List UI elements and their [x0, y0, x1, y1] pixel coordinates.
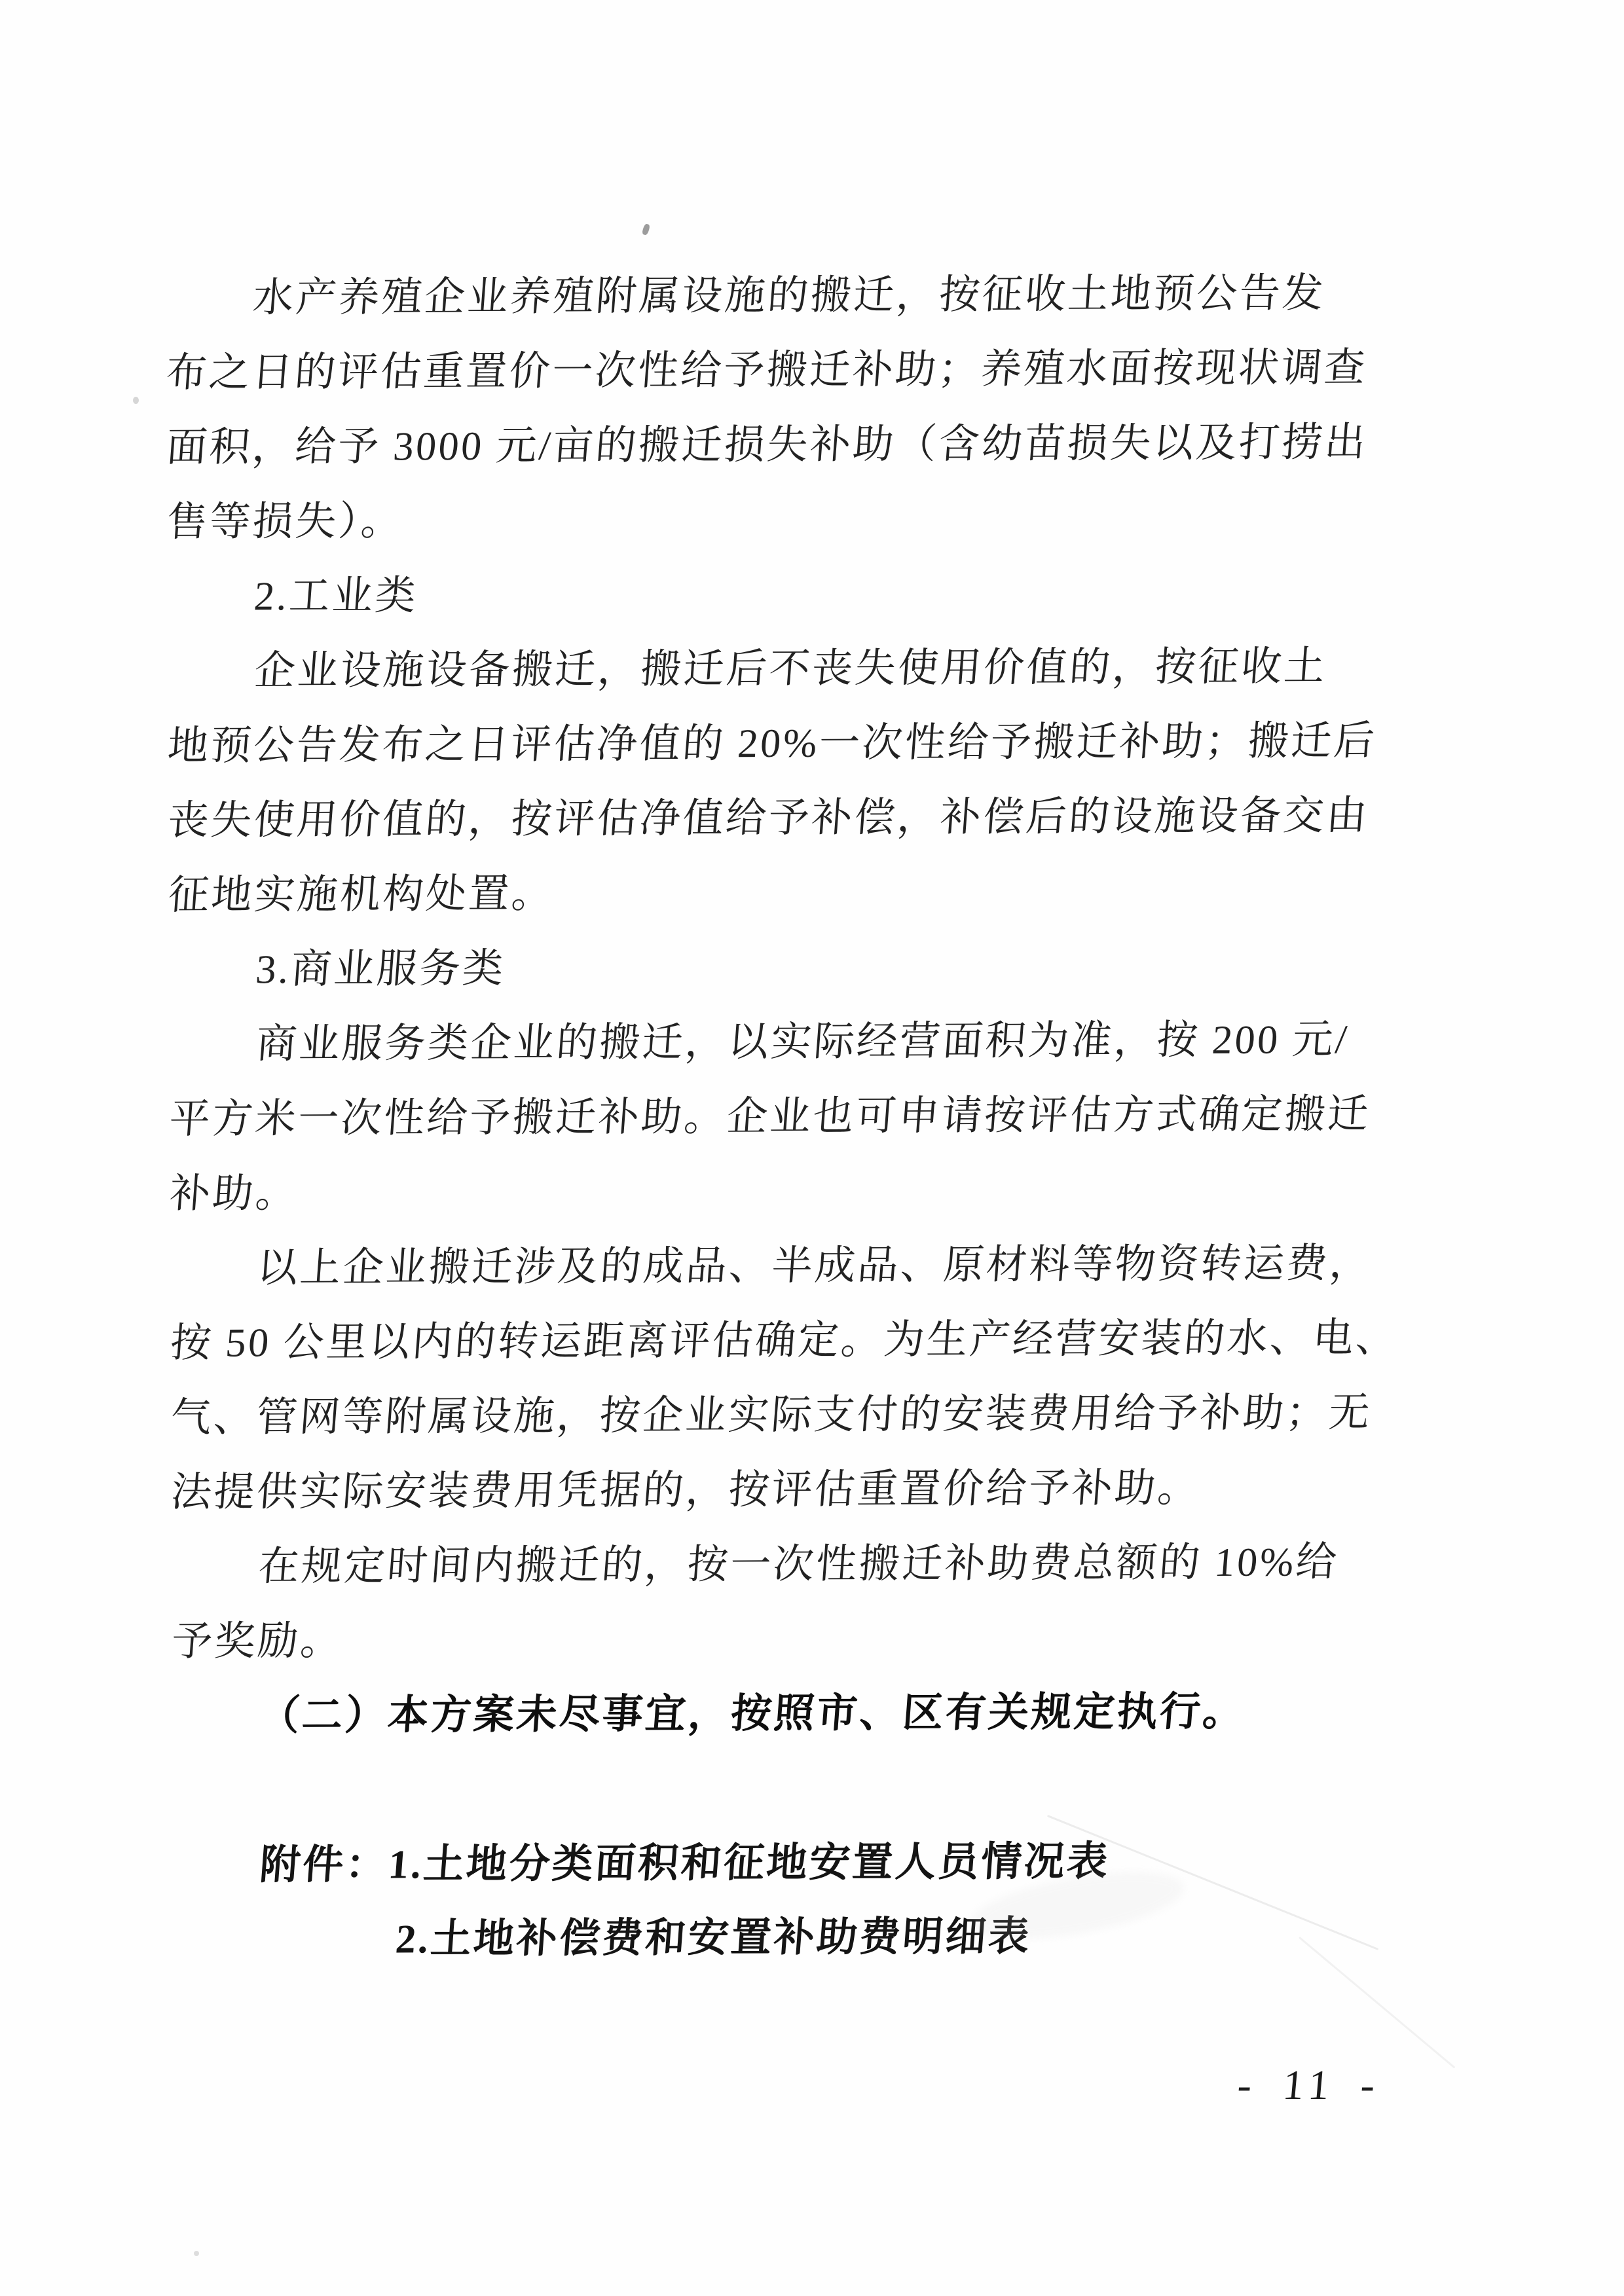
scan-speck [642, 223, 651, 236]
body-line: 商业服务类企业的搬迁，以实际经营面积为准，按 200 元/ [166, 1002, 1455, 1082]
body-line: 征地实施机构处置。 [166, 852, 1454, 933]
page-number: - 11 - [1234, 2048, 1384, 2123]
body-line: 地预公告发布之日评估净值的 20%一次性给予搬迁补助；搬迁后 [165, 703, 1454, 784]
attachment-line: 附件：1.土地分类面积和征地安置人员情况表 [170, 1823, 1458, 1903]
section-heading: 2.工业类 [164, 554, 1453, 634]
document-page: 水产养殖企业养殖附属设施的搬迁，按征收土地预公告发 布之日的评估重置价一次性给予… [0, 0, 1624, 2296]
attachment-line: 2.土地补偿费和安置补助费明细表 [170, 1897, 1459, 1978]
body-line: 水产养殖企业养殖附属设施的搬迁，按征收土地预公告发 [163, 255, 1452, 336]
body-line: 丧失使用价值的，按评估净值给予补偿，补偿后的设施设备交由 [165, 778, 1454, 858]
body-line: 予奖励。 [169, 1599, 1458, 1679]
section-heading: 3.商业服务类 [166, 927, 1454, 1008]
body-line: 在规定时间内搬迁的，按一次性搬迁补助费总额的 10%给 [168, 1524, 1457, 1605]
body-line: 售等损失）。 [164, 479, 1453, 560]
closing-clause: （二）本方案未尽事宜，按照市、区有关规定执行。 [169, 1673, 1458, 1754]
body-line: 按 50 公里以内的转运距离评估确定。为生产经营安装的水、电、 [168, 1300, 1456, 1381]
scan-speck [194, 2251, 199, 2256]
scan-speck [133, 397, 139, 404]
body-line: 以上企业搬迁涉及的成品、半成品、原材料等物资转运费， [167, 1226, 1456, 1306]
body-line: 补助。 [167, 1151, 1456, 1231]
body-line: 布之日的评估重置价一次性给予搬迁补助；养殖水面按现状调查 [164, 330, 1452, 410]
body-line: 企业设施设备搬迁，搬迁后不丧失使用价值的，按征收土 [164, 629, 1453, 709]
body-line: 气、管网等附属设施，按企业实际支付的安装费用给予补助；无 [168, 1375, 1456, 1455]
document-body: 水产养殖企业养殖附属设施的搬迁，按征收土地预公告发 布之日的评估重置价一次性给予… [166, 255, 1456, 1978]
body-line: 面积，给予 3000 元/亩的搬迁损失补助（含幼苗损失以及打捞出 [164, 405, 1452, 485]
blank-line [172, 1748, 1456, 1829]
body-line: 平方米一次性给予搬迁补助。企业也可申请按评估方式确定搬迁 [166, 1076, 1455, 1157]
body-line: 法提供实际安装费用凭据的，按评估重置价给予补助。 [168, 1449, 1457, 1530]
